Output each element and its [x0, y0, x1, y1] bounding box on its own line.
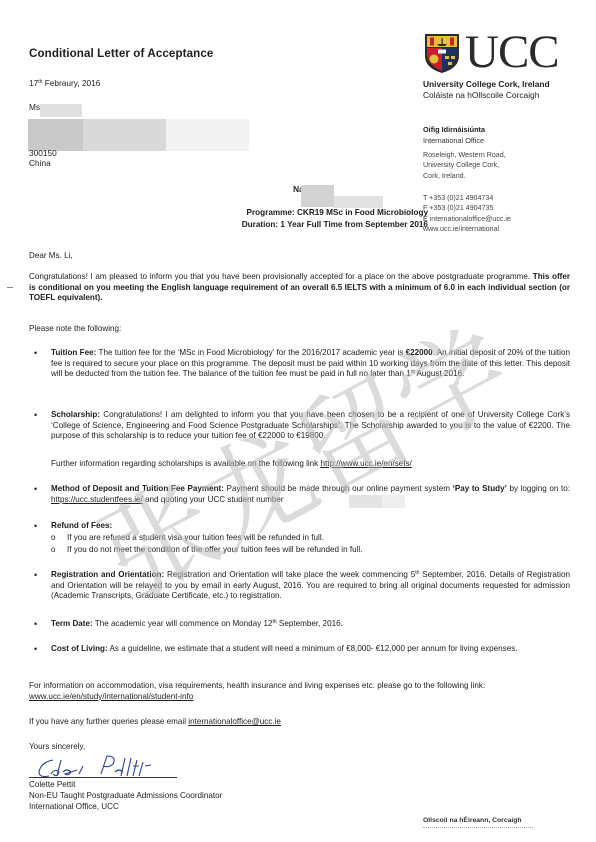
office-name: Oifig Idirnáisiúnta International Office — [423, 125, 485, 146]
redacted-student-name — [301, 185, 334, 207]
redacted-student-number — [334, 196, 383, 208]
payment-link[interactable]: https://ucc.studentfees.ie/ — [51, 495, 143, 504]
bullet-icon: • — [34, 619, 37, 630]
office-email[interactable]: E internationaloffice@ucc.ie — [423, 214, 511, 224]
item-payment-method: Method of Deposit and Tuition Fee Paymen… — [51, 484, 570, 505]
sub-bullet-icon: o — [51, 545, 67, 556]
sub-bullet-icon: o — [51, 533, 67, 544]
item-tuition-fee: Tuition Fee: The tuition fee for the ‘MS… — [51, 348, 570, 380]
signer-name: Colette Pettit — [29, 779, 570, 790]
office-phone: T +353 (0)21 4904734 — [423, 193, 511, 203]
student-number: Student Number: — [170, 196, 428, 208]
signature-line — [29, 777, 177, 778]
redacted-address-block — [166, 119, 249, 151]
bullet-icon: • — [34, 484, 37, 495]
footer-irish-name: Ollscoil na hÉireann, Corcaigh — [423, 816, 522, 827]
university-name-irish: Coláiste na hOllscoile Corcaigh — [423, 90, 539, 101]
redacted-recipient-name — [40, 104, 82, 117]
scan-mark — [7, 287, 13, 288]
note-heading: Please note the following: — [29, 324, 570, 335]
queries-email-link[interactable]: internationaloffice@ucc.ie — [188, 717, 281, 726]
signer-dept: International Office, UCC — [29, 801, 570, 812]
item-term-date: Term Date: The academic year will commen… — [51, 619, 570, 630]
refund-condition-visa: oIf you are refused a student visa your … — [51, 533, 324, 544]
bullet-icon: • — [34, 410, 37, 421]
student-programme: Programme: CKR19 MSc in Food Microbiolog… — [170, 207, 428, 219]
student-duration: Duration: 1 Year Full Time from Septembe… — [170, 219, 428, 231]
office-address: Roseleigh, Western Road, University Coll… — [423, 150, 506, 181]
greeting: Dear Ms. Li, — [29, 251, 570, 262]
office-website[interactable]: www.ucc.ie/international — [423, 224, 511, 234]
bullet-icon: • — [34, 348, 37, 359]
letter-date: 17th Febraury, 2016 — [29, 78, 100, 89]
queries-paragraph: If you have any further queries please e… — [29, 717, 570, 728]
letter-title: Conditional Letter of Acceptance — [29, 49, 213, 60]
item-registration: Registration and Orientation: Registrati… — [51, 570, 570, 602]
valediction: Yours sincerely, — [29, 742, 570, 753]
office-contact: T +353 (0)21 4904734 F +353 (0)21 490473… — [423, 193, 511, 235]
university-name-english: University College Cork, Ireland — [423, 79, 550, 90]
item-scholarship: Scholarship: Congratulations! I am delig… — [51, 410, 570, 442]
redacted-student-number — [349, 495, 382, 508]
bullet-icon: • — [34, 521, 37, 532]
bullet-icon: • — [34, 570, 37, 581]
ucc-wordmark: UCC — [465, 26, 559, 78]
office-fax: F +353 (0)21 4904735 — [423, 203, 511, 213]
refund-condition-offer: oIf you do not meet the condition of the… — [51, 545, 362, 556]
scholarship-further-info: Further information regarding scholarshi… — [51, 459, 570, 470]
redacted-address-block — [28, 119, 83, 151]
info-paragraph: For information on accommodation, visa r… — [29, 681, 570, 702]
scholarship-link[interactable]: http://www.ucc.ie/en/sefs/ — [320, 459, 411, 468]
recipient-address: 300150 China — [29, 148, 57, 169]
item-refund: Refund of Fees: — [51, 521, 570, 532]
item-cost-of-living: Cost of Living: As a guideline, we estim… — [51, 644, 570, 655]
recipient-name: Ms — [29, 102, 40, 113]
footer-subtext — [423, 827, 533, 831]
student-details: Name: Li, Student Number: Programme: CKR… — [170, 184, 428, 230]
signer-block: Colette Pettit Non-EU Taught Postgraduat… — [29, 779, 570, 813]
redacted-student-number — [382, 495, 405, 508]
student-info-link[interactable]: www.ucc.ie/en/study/international/studen… — [29, 692, 193, 701]
redacted-address-block — [83, 119, 166, 151]
ucc-crest-icon — [423, 32, 461, 74]
student-name: Name: Li, — [170, 184, 428, 196]
signer-role: Non-EU Taught Postgraduate Admissions Co… — [29, 790, 570, 801]
bullet-icon: • — [34, 644, 37, 655]
intro-paragraph: Congratulations! I am pleased to inform … — [29, 272, 570, 304]
